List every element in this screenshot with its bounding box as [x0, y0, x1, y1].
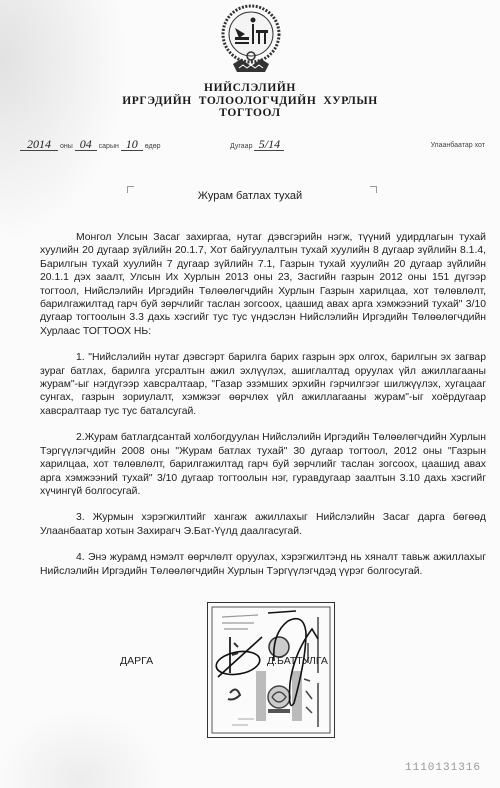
date-month: 04 [75, 138, 97, 151]
date-day: 10 [121, 138, 143, 151]
document-page: НИЙСЛЭЛИЙН ИРГЭДИЙН ТОЛООЛОГЧДИЙН ХУРЛЫН… [0, 0, 500, 788]
issue-city: Улаанбаатар хот [431, 142, 485, 149]
number-value: 5/14 [254, 138, 284, 151]
preamble-paragraph: Монгол Улсын Засаг захиргаа, нутаг дэвсг… [40, 231, 486, 338]
official-seal-icon [207, 602, 335, 738]
issuing-body-title: НИЙСЛЭЛИЙН ИРГЭДИЙН ТОЛООЛОГЧДИЙН ХУРЛЫН… [0, 82, 500, 120]
issue-date: 2014 оны 04 сарын 10 өдөр [20, 138, 161, 151]
page-serial-number: 1110131316 [405, 762, 481, 774]
clause-1: 1. "Нийслэлийн нутаг дэвсгэрт барилга ба… [40, 351, 486, 418]
header-line-3: ТОГТООЛ [0, 107, 500, 120]
signatory-title: ДАРГА [120, 655, 153, 667]
number-label: Дугаар [230, 143, 252, 150]
date-year: 2014 [20, 138, 58, 151]
document-body: Монгол Улсын Засаг захиргаа, нутаг дэвсг… [40, 231, 486, 591]
document-meta-row: 2014 оны 04 сарын 10 өдөр Дугаар 5/14 Ул… [20, 138, 485, 154]
date-year-suffix: оны [60, 143, 73, 150]
signature-scribble-icon [208, 603, 334, 737]
document-subject: Журам батлах тухай [0, 190, 500, 202]
clause-4: 4. Энэ журамд нэмэлт өөрчлөлт оруулах, х… [40, 551, 486, 578]
mongolian-state-emblem-icon [219, 4, 283, 76]
date-month-suffix: сарын [99, 143, 119, 150]
date-day-suffix: өдөр [145, 143, 161, 150]
clause-2: 2.Журам батлагдсантай холбогдуулан Нийсл… [40, 431, 486, 498]
clause-3: 3. Журмын хэрэгжилтийг хангаж ажиллахыг … [40, 511, 486, 538]
header-line-2: ИРГЭДИЙН ТОЛООЛОГЧДИЙН ХУРЛЫН [0, 95, 500, 108]
signatory-name: Д.БАТТУЛГА [267, 655, 328, 667]
resolution-number: Дугаар 5/14 [230, 138, 284, 151]
signature-block [150, 602, 350, 742]
header-line-1: НИЙСЛЭЛИЙН [0, 82, 500, 95]
